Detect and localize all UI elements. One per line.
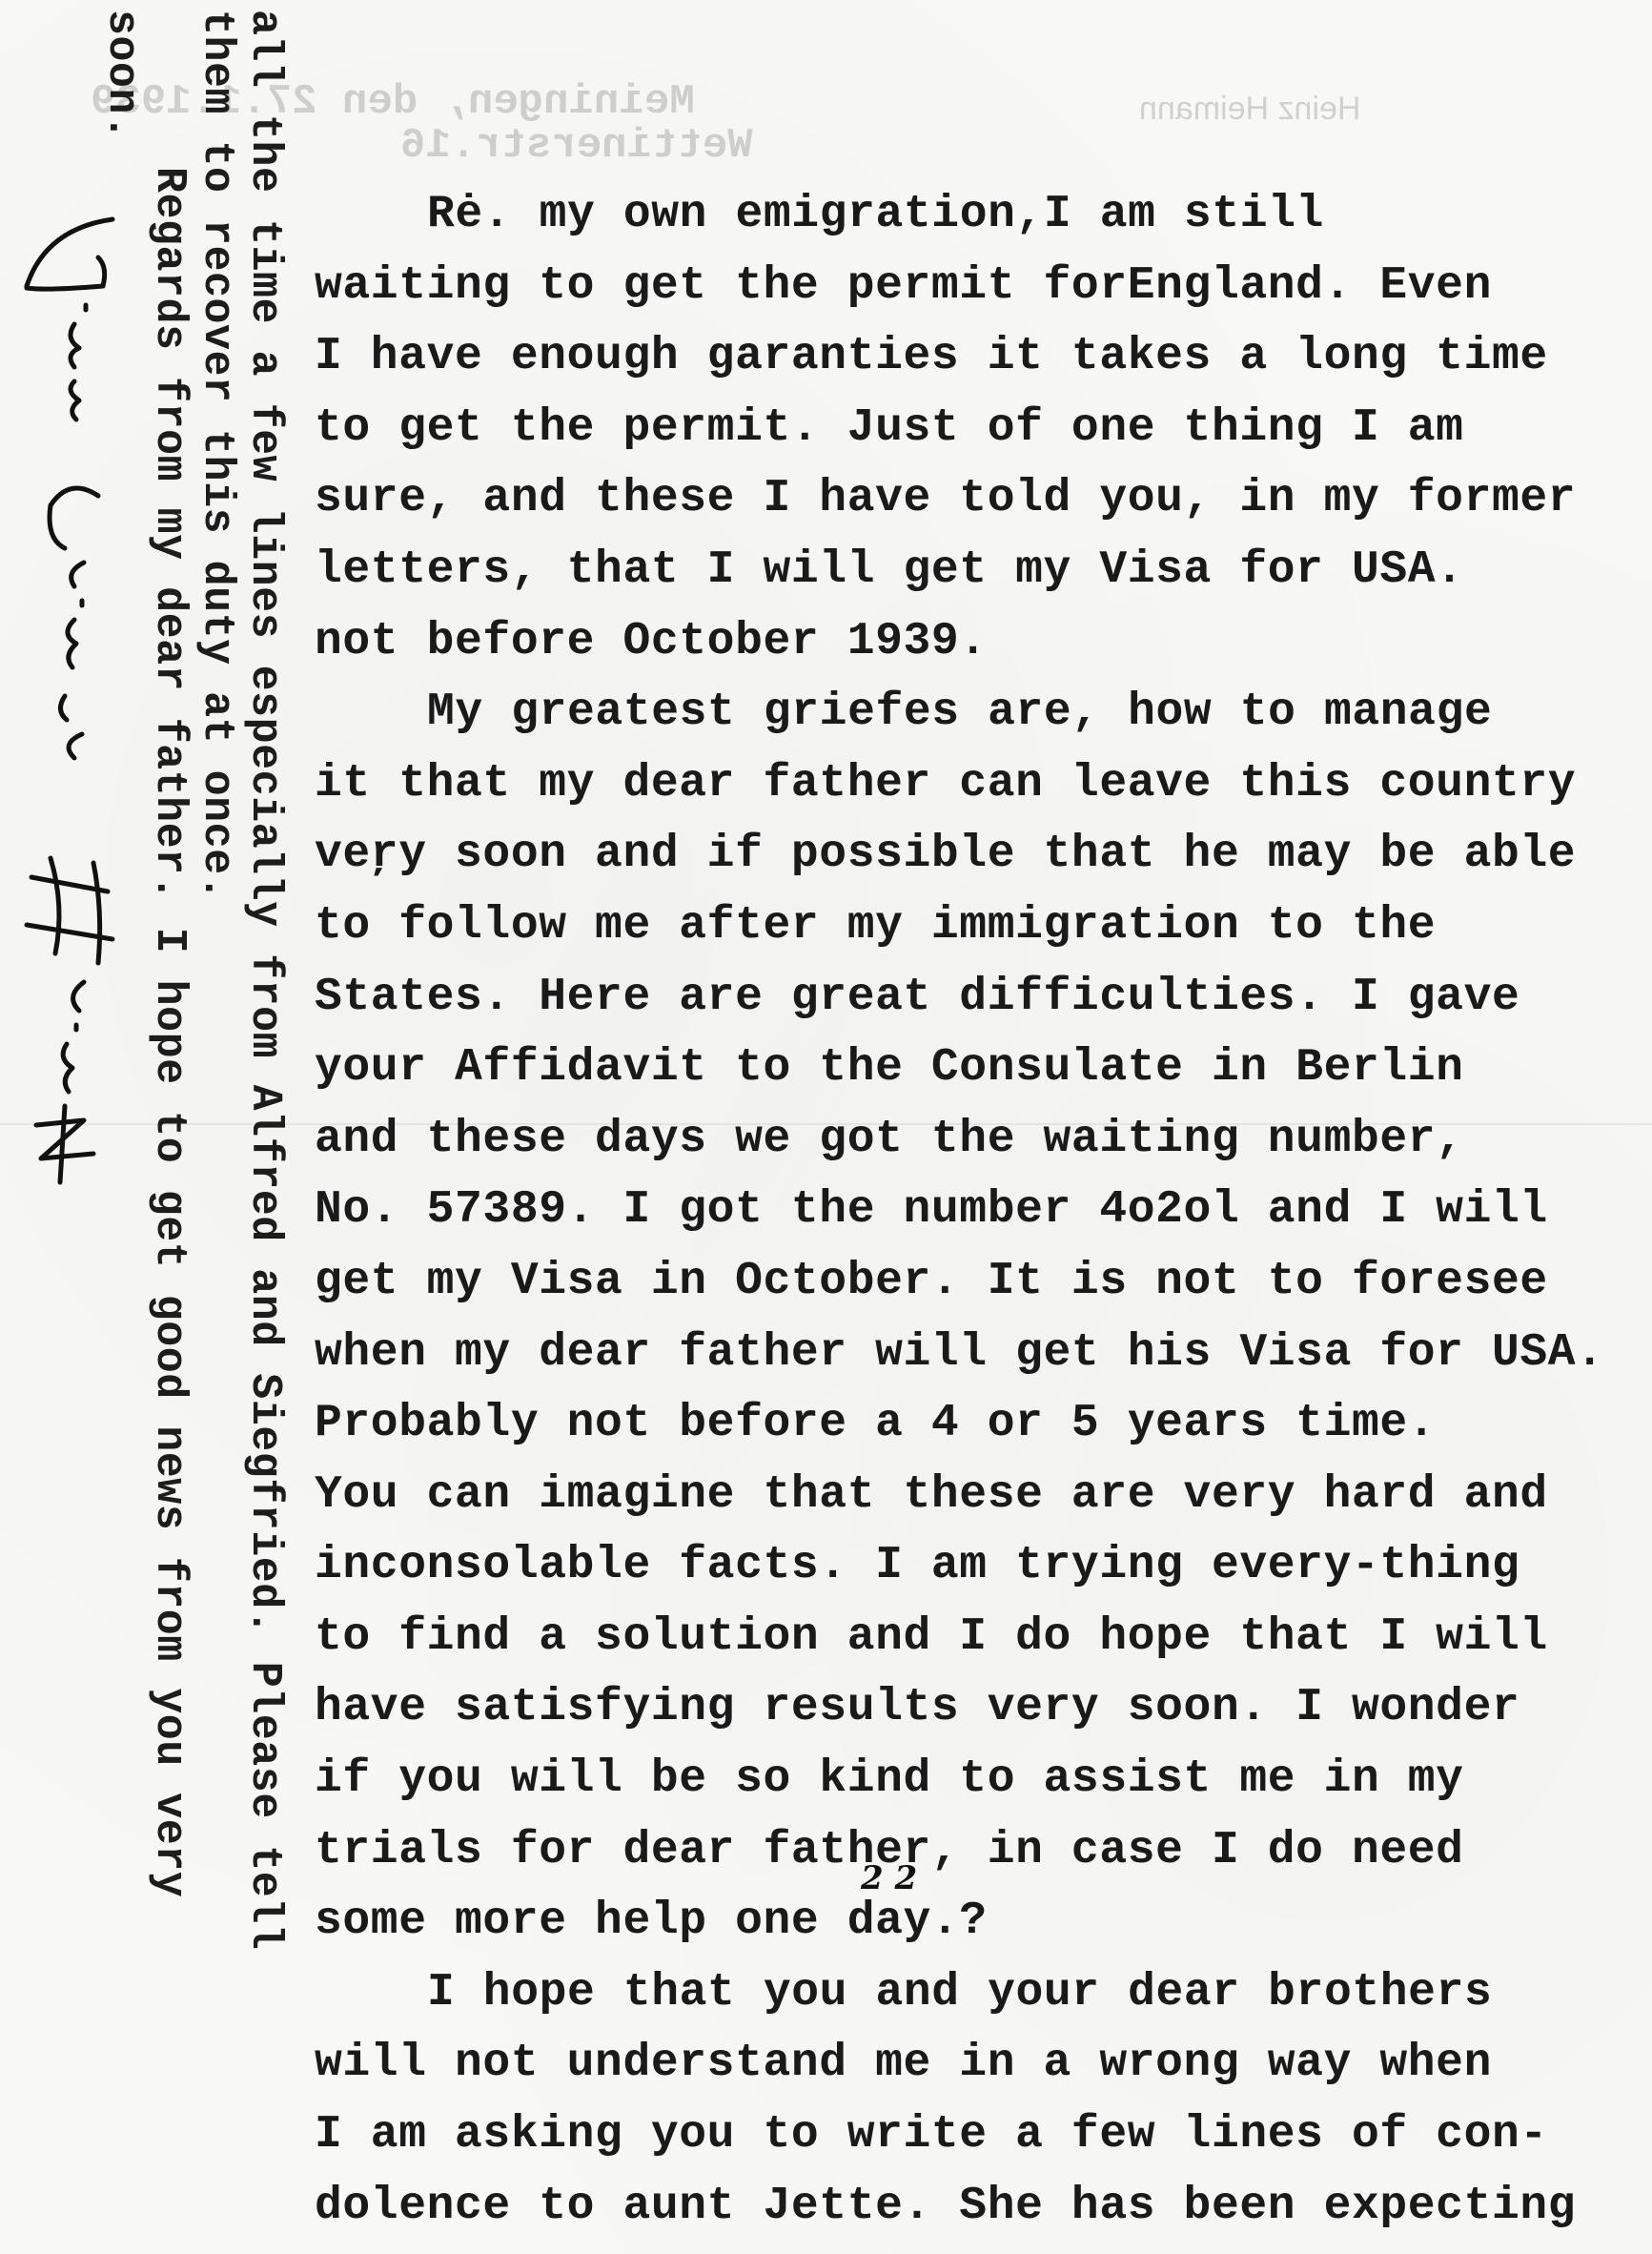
signature-handwriting-icon <box>8 0 132 1240</box>
letter-line: get my Visa in October. It is not to for… <box>315 1246 1644 1318</box>
letter-line: and these days we got the waiting number… <box>315 1104 1644 1176</box>
letter-line: your Affidavit to the Consulate in Berli… <box>315 1033 1644 1104</box>
letter-line: No. 57389. I got the number 4o2ol and I … <box>315 1175 1644 1246</box>
letter-line: veŗy soon and if possible that he may be… <box>315 819 1644 891</box>
letter-line: trials for dear father, in case I do nee… <box>315 1815 1644 1887</box>
letter-line: sure, and these I have told you, in my f… <box>315 463 1644 535</box>
letter-line: to find a solution and I do hope that I … <box>315 1602 1644 1673</box>
letter-line: Rė. my own emigration,I am still <box>315 179 1644 251</box>
letter-line: not before October 1939. <box>315 606 1644 678</box>
signature <box>8 0 132 1240</box>
letter-line: to get the permit. Just of one thing I a… <box>315 393 1644 464</box>
letter-line: inconsolable facts. I am trying every-th… <box>315 1530 1644 1602</box>
margin-note-line-2: them to recover this duty at once. <box>195 10 238 901</box>
letter-line: dolence to aunt Jette. She has been expe… <box>315 2171 1644 2243</box>
letter-line: letters, that I will get my Visa for USA… <box>315 535 1644 606</box>
handwritten-mark: 2 2 <box>861 1859 917 1897</box>
bleed-through-sender-name: Heinz Heimann <box>1139 91 1360 128</box>
letter-body: Rė. my own emigration,I am stillwaiting … <box>315 179 1644 2242</box>
letter-line: You can imagine that these are very hard… <box>315 1460 1644 1531</box>
letter-line: will not understand me in a wrong way wh… <box>315 2028 1644 2100</box>
letter-line: I am asking you to write a few lines of … <box>315 2100 1644 2171</box>
letter-line: My greatest griefes are, how to manage <box>315 677 1644 748</box>
letter-page: Heinz Heimann Meiningen, den 27.1.1939 W… <box>0 0 1652 2254</box>
letter-line: when my dear father will get his Visa fo… <box>315 1318 1644 1389</box>
letter-line: I have enough garanties it takes a long … <box>315 321 1644 393</box>
letter-line: Probably not before a 4 or 5 years time. <box>315 1388 1644 1460</box>
letter-line: if you will be so kind to assist me in m… <box>315 1744 1644 1815</box>
bleed-through-street: Wettinerstr.16 <box>400 122 753 170</box>
letter-line: to follow me after my immigration to the <box>315 891 1644 962</box>
letter-line: have satisfying results very soon. I won… <box>315 1672 1644 1744</box>
margin-note-line-1: all the time a few lines especially from… <box>243 10 286 1950</box>
letter-line: I hope that you and your dear brothers <box>315 1957 1644 2029</box>
letter-line: some more help one day.? <box>315 1886 1644 1957</box>
margin-note-line-3: Regards from my dear father. I hope to g… <box>148 10 191 1897</box>
letter-line: States. Here are great difficulties. I g… <box>315 962 1644 1034</box>
letter-line: it that my dear father can leave this co… <box>315 748 1644 820</box>
letter-line: waiting to get the permit forEngland. Ev… <box>315 251 1644 322</box>
